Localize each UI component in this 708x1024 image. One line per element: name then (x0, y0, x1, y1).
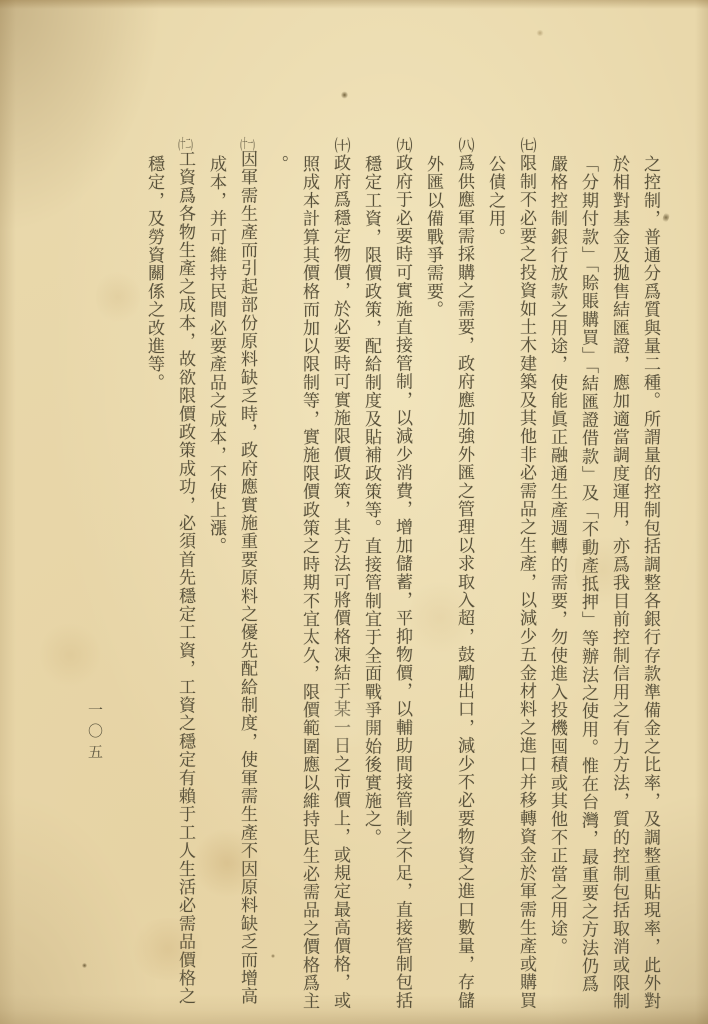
text-column-1: 之控制，普通分爲質與量二種。所謂量的控制包括調整各銀行存款準備金之比率，及調整重… (635, 137, 666, 1019)
text-column-7: ㈧爲供應軍需採購之需要，政府應加強外匯之管理以求取入超，鼓勵出口，減少不必要物資… (449, 137, 480, 1019)
text-column-2: 於相對基金及拋售結匯證，應加適當調度運用，亦爲我目前控制信用之有力方法，質的控制… (604, 137, 635, 1019)
text-column-3: 「分期付款」「賒賬購買」「結匯證借款」及「不動產抵押」等辦法之使用。惟在台灣，最… (573, 137, 604, 1019)
column-text: 穩定工資，限價政策，配給制度及貼補政策等。直接管制宜于全面戰爭開始後實施之。 (362, 155, 381, 847)
ink-speck (82, 963, 87, 968)
item-8-marker: ㈧ (456, 137, 473, 154)
column-text: 成本，并可維持民間必要產品之成本，不使上漲。 (207, 155, 226, 555)
column-text: 。 (269, 155, 288, 173)
text-column-8: 外匯以備戰爭需要。 (418, 137, 449, 1019)
column-text: 政府爲穩定物價，於必要時可實施限價政策，其方法可將價格凍結于某一日之市價上，或規… (331, 154, 350, 1009)
text-column-16: (十二)工資爲各物生產之成本，故欲限價政策成功，必須首先穩定工資，工資之穩定有賴… (170, 137, 201, 1019)
scanned-page: { "colors": { "paper": "#e9d8ab", "ink":… (0, 0, 708, 1024)
text-column-9: ㈨政府于必要時可實施直接管制，以減少消費，增加儲蓄，平抑物價，以輔助間接管制之不… (387, 137, 418, 1019)
column-text: 外匯以備戰爭需要。 (424, 155, 443, 319)
text-column-17: 穩定，及勞資關係之改進等。 (139, 137, 170, 1019)
text-column-5: ㈦限制不必要之投資如土木建築及其他非必需品之生產，以減少五金材料之進口并移轉資金… (511, 137, 542, 1019)
column-text: 因軍需生產而引起部份原料缺乏時，政府應實施重要原料之優先配給制度，使軍需生產不因… (238, 150, 257, 1005)
paper-stain (536, 30, 544, 36)
vertical-text-block: 之控制，普通分爲質與量二種。所謂量的控制包括調整各銀行存款準備金之比率，及調整重… (139, 137, 666, 1019)
text-column-10: 穩定工資，限價政策，配給制度及貼補政策等。直接管制宜于全面戰爭開始後實施之。 (356, 137, 387, 1019)
column-text: 公債之用。 (486, 155, 505, 246)
text-column-6: 公債之用。 (480, 137, 511, 1019)
column-text: 「分期付款」「賒賬購買」「結匯證借款」及「不動產抵押」等辦法之使用。惟在台灣，最… (579, 155, 598, 993)
text-column-15: 成本，并可維持民間必要產品之成本，不使上漲。 (201, 137, 232, 1019)
text-column-11: ㈩政府爲穩定物價，於必要時可實施限價政策，其方法可將價格凍結于某一日之市價上，或… (325, 137, 356, 1019)
text-column-13: 。 (263, 137, 294, 1019)
item-10-marker: ㈩ (332, 137, 349, 154)
item-7-marker: ㈦ (518, 137, 535, 154)
ink-speck (341, 91, 348, 99)
paper-stain (96, 268, 140, 326)
item-11-marker: (十一) (240, 137, 255, 150)
text-column-4: 嚴格控制銀行放款之用途，使能眞正融通生產週轉的需要，勿使進入投機囤積或其他不正當… (542, 137, 573, 1019)
column-text: 工資爲各物生產之成本，故欲限價政策成功，必須首先穩定工資，工資之穩定有賴于工人生… (176, 150, 195, 1005)
item-12-marker: (十二) (178, 137, 193, 150)
paper-stain (40, 620, 100, 690)
text-column-14: (十一)因軍需生產而引起部份原料缺乏時，政府應實施重要原料之優先配給制度，使軍需… (232, 137, 263, 1019)
column-text: 限制不必要之投資如土木建築及其他非必需品之生產，以減少五金材料之進口并移轉資金於… (517, 154, 536, 1009)
column-text: 之控制，普通分爲質與量二種。所謂量的控制包括調整各銀行存款準備金之比率，及調整重… (641, 155, 660, 1010)
column-text: 照成本計算其價格而加以限制等，實施限價政策之時期不宜太久，限價範圍應以維持民生必… (300, 155, 319, 1010)
column-text: 穩定，及勞資關係之改進等。 (145, 155, 164, 392)
column-text: 爲供應軍需採購之需要，政府應加強外匯之管理以求取入超，鼓勵出口，減少不必要物資之… (455, 154, 474, 1009)
column-text: 政府于必要時可實施直接管制，以減少消費，增加儲蓄，平抑物價，以輔助間接管制之不足… (393, 154, 412, 1009)
column-text: 嚴格控制銀行放款之用途，使能眞正融通生產週轉的需要，勿使進入投機囤積或其他不正當… (548, 155, 567, 956)
page-number: 一〇五 (84, 702, 104, 765)
item-9-marker: ㈨ (394, 137, 411, 154)
text-column-12: 照成本計算其價格而加以限制等，實施限價政策之時期不宜太久，限價範圍應以維持民生必… (294, 137, 325, 1019)
column-text: 於相對基金及拋售結匯證，應加適當調度運用，亦爲我目前控制信用之有力方法，質的控制… (610, 155, 629, 1010)
